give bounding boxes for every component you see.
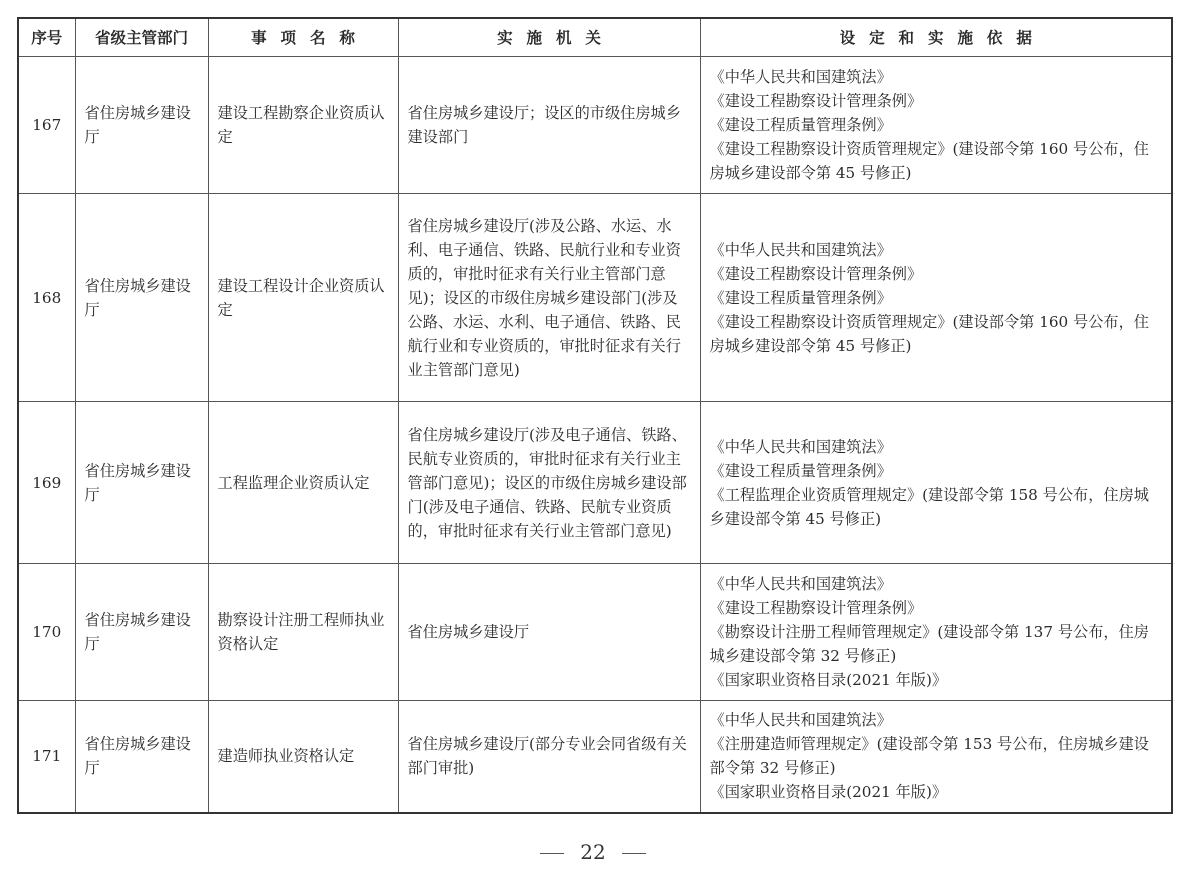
table-row: 167 省住房城乡建设厅 建设工程勘察企业资质认定 省住房城乡建设厅；设区的市级… [18,57,1172,194]
row-item: 工程监理企业资质认定 [208,402,398,564]
basis-line: 《中华人民共和国建筑法》 [710,572,1163,596]
row-basis: 《中华人民共和国建筑法》 《建设工程质量管理条例》 《工程监理企业资质管理规定》… [700,402,1172,564]
header-no: 序号 [18,18,75,57]
header-basis: 设定和实施依据 [700,18,1172,57]
table-row: 170 省住房城乡建设厅 勘察设计注册工程师执业资格认定 省住房城乡建设厅 《中… [18,564,1172,701]
basis-line: 《国家职业资格目录(2021 年版)》 [710,668,1163,692]
row-agency: 省住房城乡建设厅(涉及电子通信、铁路、民航专业资质的，审批时征求有关行业主管部门… [398,402,700,564]
row-dept: 省住房城乡建设厅 [75,57,208,194]
row-no: 168 [18,194,75,402]
row-no: 167 [18,57,75,194]
basis-line: 《建设工程勘察设计管理条例》 [710,596,1163,620]
row-dept: 省住房城乡建设厅 [75,402,208,564]
row-dept: 省住房城乡建设厅 [75,701,208,813]
basis-line: 《建设工程质量管理条例》 [710,286,1163,310]
basis-line: 《建设工程勘察设计管理条例》 [710,89,1163,113]
footer-dash-left [540,853,564,854]
row-agency: 省住房城乡建设厅；设区的市级住房城乡建设部门 [398,57,700,194]
row-agency: 省住房城乡建设厅(部分专业会同省级有关部门审批) [398,701,700,813]
page-footer: 22 [0,840,1186,864]
approval-items-table: 序号 省级主管部门 事项名称 实施机关 设定和实施依据 167 省住房城乡建设厅… [17,17,1173,814]
header-item: 事项名称 [208,18,398,57]
basis-line: 《国家职业资格目录(2021 年版)》 [710,780,1163,804]
row-item: 建设工程设计企业资质认定 [208,194,398,402]
basis-line: 《中华人民共和国建筑法》 [710,238,1163,262]
row-agency: 省住房城乡建设厅(涉及公路、水运、水利、电子通信、铁路、民航行业和专业资质的，审… [398,194,700,402]
row-basis: 《中华人民共和国建筑法》 《建设工程勘察设计管理条例》 《勘察设计注册工程师管理… [700,564,1172,701]
basis-line: 《中华人民共和国建筑法》 [710,435,1163,459]
row-basis: 《中华人民共和国建筑法》 《建设工程勘察设计管理条例》 《建设工程质量管理条例》… [700,57,1172,194]
row-item: 建造师执业资格认定 [208,701,398,813]
table-row: 168 省住房城乡建设厅 建设工程设计企业资质认定 省住房城乡建设厅(涉及公路、… [18,194,1172,402]
row-dept: 省住房城乡建设厅 [75,564,208,701]
basis-line: 《建设工程质量管理条例》 [710,113,1163,137]
row-no: 170 [18,564,75,701]
basis-line: 《中华人民共和国建筑法》 [710,65,1163,89]
basis-line: 《勘察设计注册工程师管理规定》(建设部令第 137 号公布，住房城乡建设部令第 … [710,620,1163,668]
basis-line: 《中华人民共和国建筑法》 [710,708,1163,732]
row-item: 建设工程勘察企业资质认定 [208,57,398,194]
row-basis: 《中华人民共和国建筑法》 《注册建造师管理规定》(建设部令第 153 号公布，住… [700,701,1172,813]
row-no: 171 [18,701,75,813]
header-dept: 省级主管部门 [75,18,208,57]
basis-line: 《建设工程质量管理条例》 [710,459,1163,483]
basis-line: 《建设工程勘察设计资质管理规定》(建设部令第 160 号公布，住房城乡建设部令第… [710,310,1163,358]
row-agency: 省住房城乡建设厅 [398,564,700,701]
table-row: 169 省住房城乡建设厅 工程监理企业资质认定 省住房城乡建设厅(涉及电子通信、… [18,402,1172,564]
basis-line: 《建设工程勘察设计管理条例》 [710,262,1163,286]
basis-line: 《建设工程勘察设计资质管理规定》(建设部令第 160 号公布，住房城乡建设部令第… [710,137,1163,185]
table-header-row: 序号 省级主管部门 事项名称 实施机关 设定和实施依据 [18,18,1172,57]
table-row: 171 省住房城乡建设厅 建造师执业资格认定 省住房城乡建设厅(部分专业会同省级… [18,701,1172,813]
page-number: 22 [580,840,605,864]
header-agency: 实施机关 [398,18,700,57]
footer-dash-right [622,853,646,854]
row-no: 169 [18,402,75,564]
row-dept: 省住房城乡建设厅 [75,194,208,402]
basis-line: 《注册建造师管理规定》(建设部令第 153 号公布，住房城乡建设部令第 32 号… [710,732,1163,780]
basis-line: 《工程监理企业资质管理规定》(建设部令第 158 号公布，住房城乡建设部令第 4… [710,483,1163,531]
row-basis: 《中华人民共和国建筑法》 《建设工程勘察设计管理条例》 《建设工程质量管理条例》… [700,194,1172,402]
row-item: 勘察设计注册工程师执业资格认定 [208,564,398,701]
